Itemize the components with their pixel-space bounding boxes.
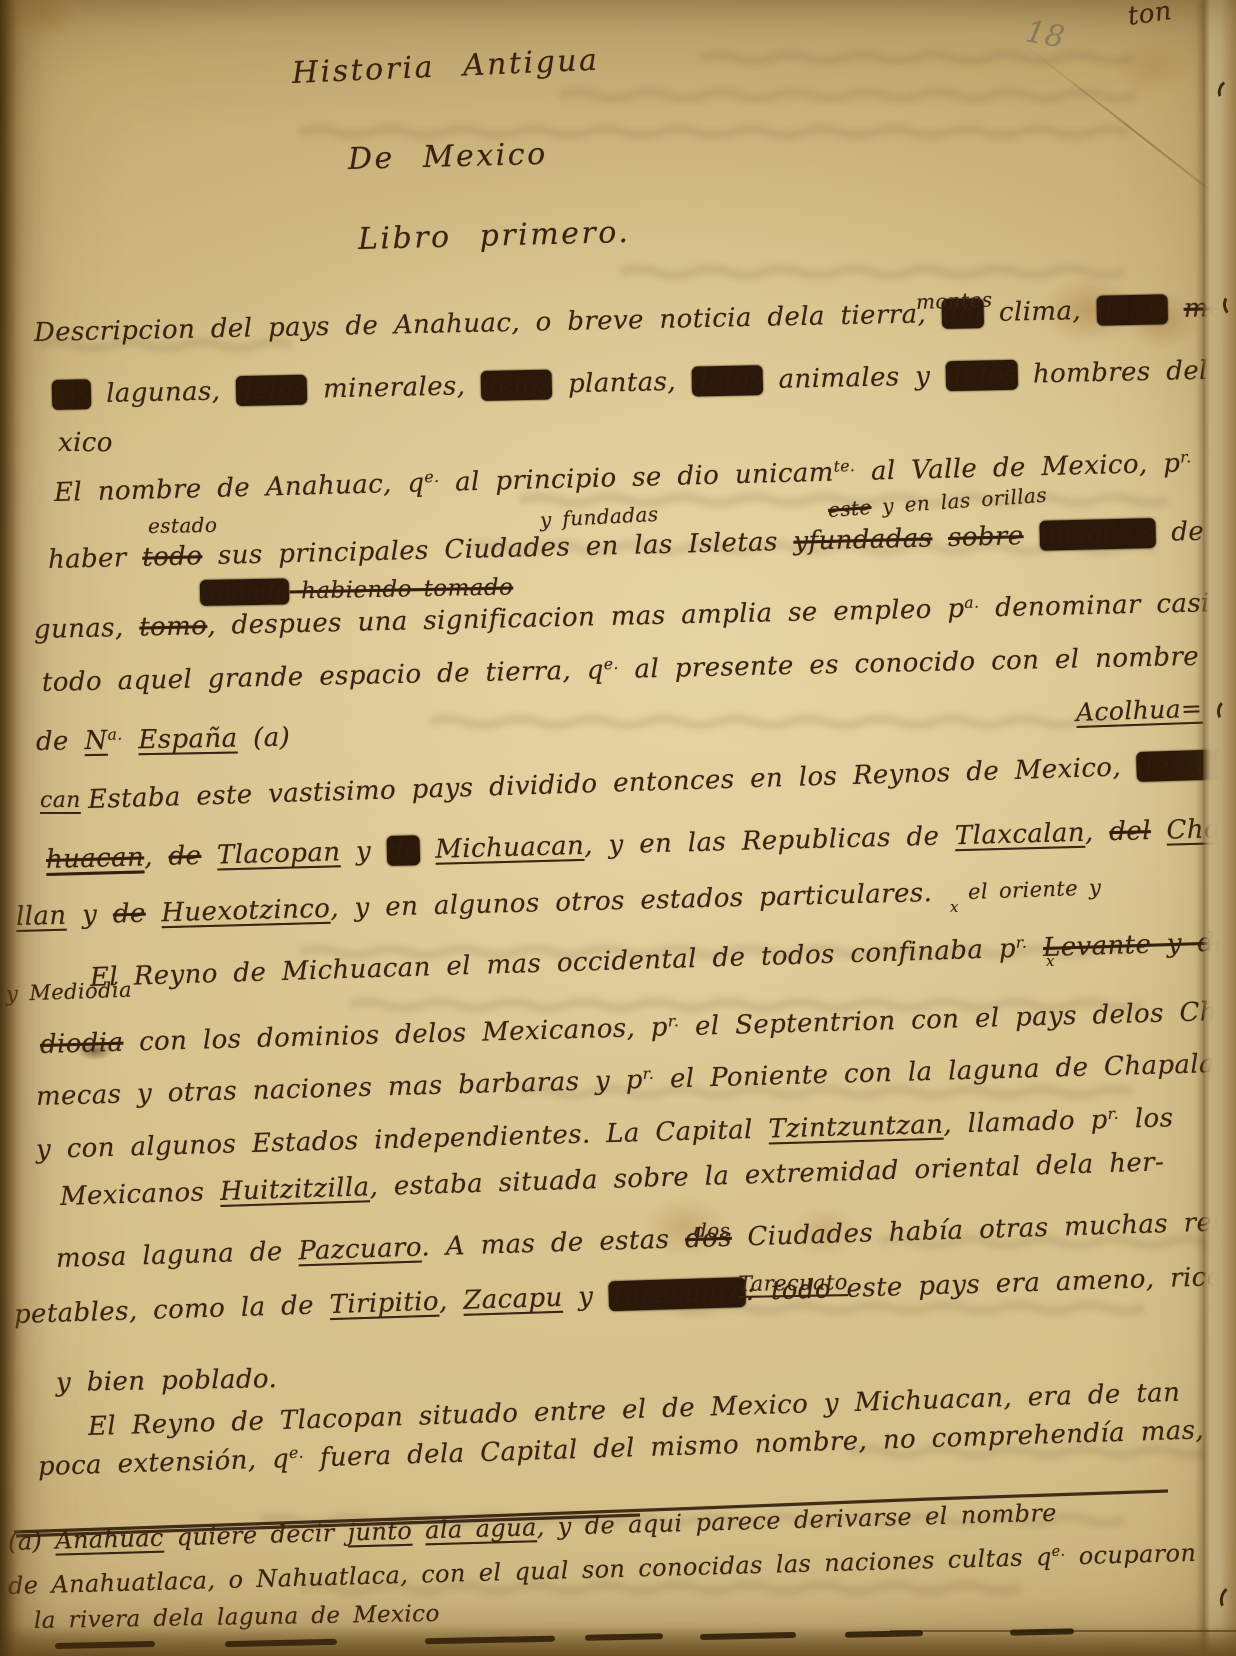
chapter-head-line-3: xico [58, 428, 113, 458]
corner-ink-mark: ton [1126, 0, 1174, 32]
para3-line-3: mecas y otras naciones mas barbaras y pr… [36, 1048, 1236, 1112]
para2-line-1: Estaba este vastisimo pays dividido ento… [88, 749, 1236, 815]
insert-habiendo-tomado: tomada habiendo tomado [200, 575, 514, 606]
manuscript-page: Historia AntiguaDe MexicoLibro primero.D… [0, 0, 1236, 1656]
chapter-head-line-1: Descripcion del pays de Anahuac, o breve… [34, 287, 1236, 348]
para1-line-5: de Na. España (a) [36, 723, 291, 757]
para3-line-1: El Reyno de Michuacan el mas occidental … [90, 927, 1231, 993]
para1-line-4: todo aquel grande espacio de tierra, qe.… [42, 642, 1200, 698]
page-edge-right [1203, 0, 1236, 1656]
title-line-2: De Mexico [348, 137, 549, 177]
insert-tarecuato: Tarecuato [738, 1270, 848, 1296]
insert-estado: estado [148, 513, 218, 538]
para3-line-6: mosa laguna de Pazcuaro. A mas de estas … [56, 1207, 1236, 1274]
insert-acolhua: Acolhua= [1075, 694, 1202, 727]
page-number-pencil: 18 [1023, 14, 1067, 55]
chapter-head-line-2: los lagunas, delos minerales, delos plan… [52, 351, 1236, 410]
insert-montes: montes [916, 287, 993, 314]
insert-y-fundadas: y fundadas [539, 502, 659, 532]
insert-can: can [40, 788, 81, 813]
para3-line-2: diodia con los dominios delos Mexicanos,… [40, 995, 1236, 1060]
binding-edge-left [0, 0, 24, 1656]
title-line-1: Historia Antigua [291, 43, 600, 91]
insert-caret-oriente: x [950, 898, 959, 916]
para2-line-2: huacan, de Tlacopan y de Michuacan, y en… [46, 813, 1236, 875]
paper-stain [1110, 40, 1190, 96]
insert-y-en-las-orillas: este y en las orillas [827, 483, 1048, 522]
para2-line-3: llan y de Huexotzinco, y en algunos otro… [16, 878, 933, 932]
para3-line-7: petables, como la de Tiripitio, Zacapu y… [14, 1262, 1224, 1330]
title-line-3: Libro primero. [358, 215, 631, 257]
insert-dos: dos [694, 1218, 730, 1242]
insert-el-oriente-y: el oriente y [968, 875, 1102, 904]
insert-caret-levante: x [1046, 952, 1055, 970]
insert-y-mediodia: y Mediodia [6, 978, 133, 1006]
para3-line-8: y bien poblado. [56, 1364, 278, 1398]
